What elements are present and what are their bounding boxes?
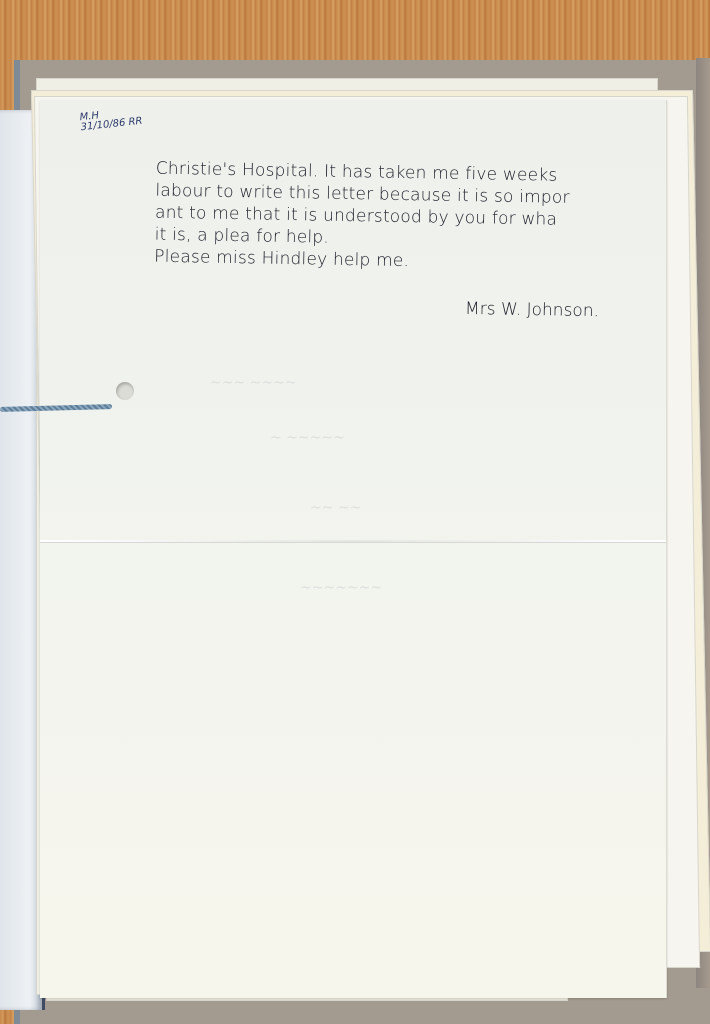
letter-body: Christie's Hospital. It has taken me fiv…: [154, 158, 656, 277]
letter-page: M.H 31/10/86 RR Christie's Hospital. It …: [40, 100, 667, 998]
show-through-text: ~~~ ~~~~: [210, 375, 297, 391]
show-through-text: ~ ~~~~~: [270, 430, 345, 446]
show-through-text: ~~ ~~: [310, 500, 361, 516]
show-through-text: ~~~~~~~: [300, 580, 382, 596]
reference-note: M.H 31/10/86 RR: [79, 103, 181, 133]
signature: Mrs W. Johnson.: [465, 299, 599, 321]
punch-hole: [116, 382, 134, 400]
fold-crease: [40, 540, 666, 542]
